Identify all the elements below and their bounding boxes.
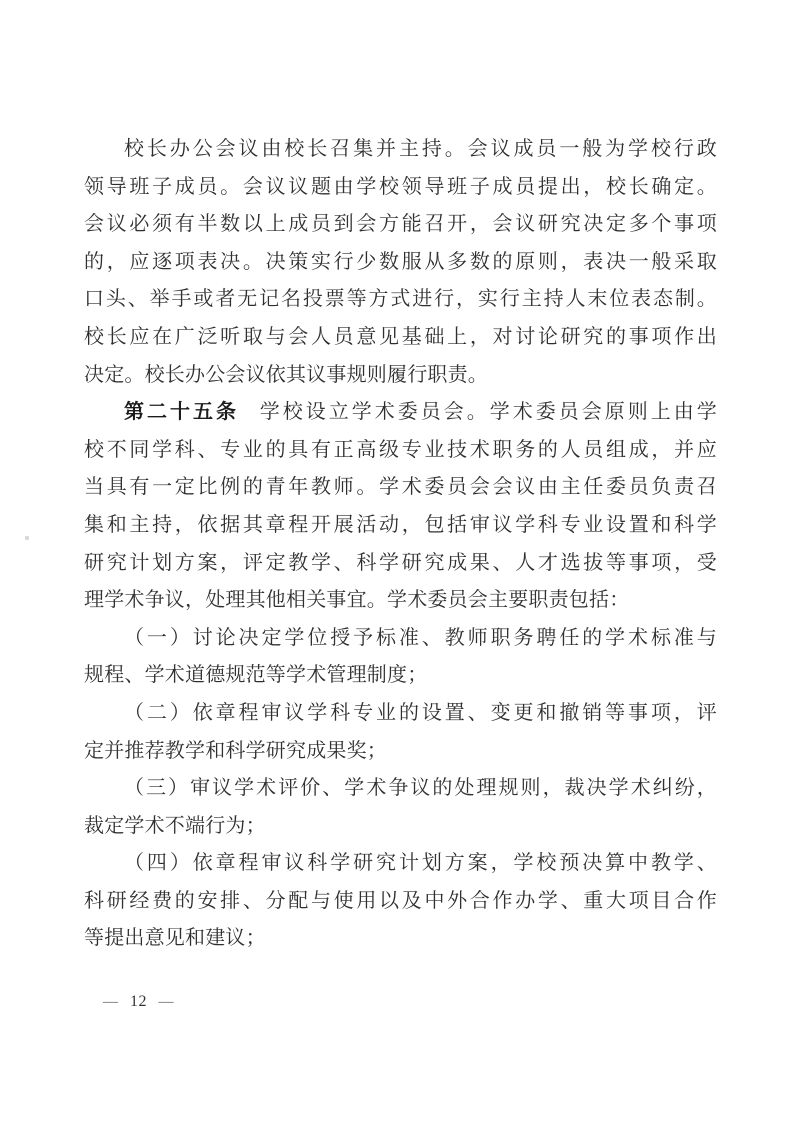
text-line: 研究计划方案，评定教学、科学研究成果、人才选拔等事项，受 — [84, 545, 717, 583]
text-line: 等提出意见和建议； — [84, 920, 717, 958]
text-line: 第二十五条学校设立学术委员会。学术委员会原则上由学 — [84, 394, 717, 432]
article-number: 第二十五条 — [124, 401, 239, 423]
document-body: 校长办公会议由校长召集并主持。会议成员一般为学校行政领导班子成员。会议议题由学校… — [84, 131, 717, 958]
footer-dash-left: — — [103, 994, 119, 1010]
text-line: 的，应逐项表决。决策实行少数服从多数的原则，表决一般采取 — [84, 244, 717, 282]
scan-artifact-dot — [25, 536, 29, 540]
text-line: 科研经费的安排、分配与使用以及中外合作办学、重大项目合作 — [84, 883, 717, 921]
text-line: 口头、举手或者无记名投票等方式进行，实行主持人末位表态制。 — [84, 281, 717, 319]
footer-dash-right: — — [159, 994, 175, 1010]
text-line: 校长办公会议由校长召集并主持。会议成员一般为学校行政 — [84, 131, 717, 169]
text-line: 校不同学科、专业的具有正高级专业技术职务的人员组成，并应 — [84, 432, 717, 470]
page-number: 12 — [130, 993, 147, 1010]
text-line: 集和主持，依据其章程开展活动，包括审议学科专业设置和科学 — [84, 507, 717, 545]
text-line: 当具有一定比例的青年教师。学术委员会会议由主任委员负责召 — [84, 469, 717, 507]
text-line: （一）讨论决定学位授予标准、教师职务聘任的学术标准与 — [84, 620, 717, 658]
text-line: 会议必须有半数以上成员到会方能召开，会议研究决定多个事项 — [84, 206, 717, 244]
text-line: （三）审议学术评价、学术争议的处理规则，裁决学术纠纷， — [84, 770, 717, 808]
document-page: 校长办公会议由校长召集并主持。会议成员一般为学校行政领导班子成员。会议议题由学校… — [0, 0, 793, 1121]
text-line: 裁定学术不端行为； — [84, 808, 717, 846]
text-line: 规程、学术道德规范等学术管理制度； — [84, 657, 717, 695]
text-line: 决定。校长办公会议依其议事规则履行职责。 — [84, 357, 717, 395]
text-line: 理学术争议，处理其他相关事宜。学术委员会主要职责包括： — [84, 582, 717, 620]
text-line: （二）依章程审议学科专业的设置、变更和撤销等事项，评 — [84, 695, 717, 733]
page-footer: — 12 — — [96, 993, 181, 1011]
text-line: 定并推荐教学和科学研究成果奖； — [84, 733, 717, 771]
text-line: 校长应在广泛听取与会人员意见基础上，对讨论研究的事项作出 — [84, 319, 717, 357]
line-text: 学校设立学术委员会。学术委员会原则上由学 — [257, 401, 717, 423]
text-line: 领导班子成员。会议议题由学校领导班子成员提出，校长确定。 — [84, 169, 717, 207]
text-line: （四）依章程审议科学研究计划方案，学校预决算中教学、 — [84, 845, 717, 883]
